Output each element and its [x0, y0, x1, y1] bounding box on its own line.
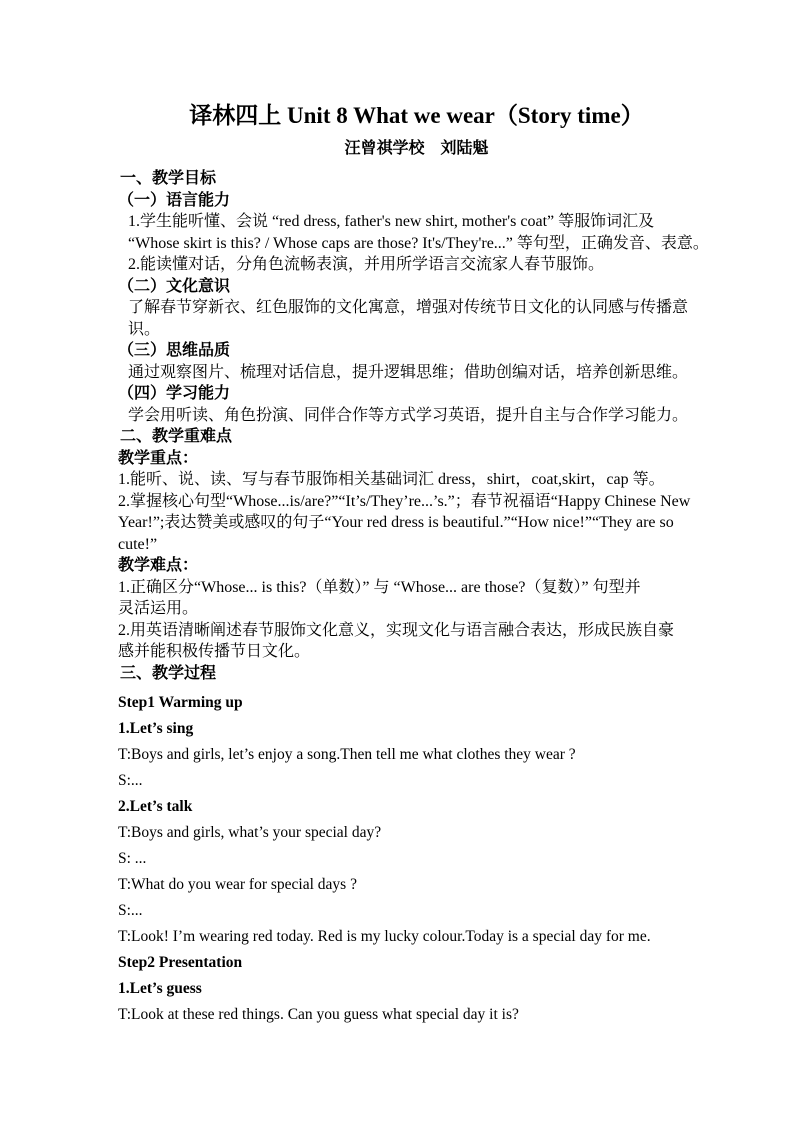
doc-line: T:Look! I’m wearing red today. Red is my… — [118, 924, 715, 950]
doc-line: Step2 Presentation — [118, 950, 715, 976]
doc-line: 教学难点： — [118, 555, 715, 577]
doc-line: T:What do you wear for special days ? — [118, 872, 715, 898]
doc-line: 2.掌握核心句型“Whose...is/are?”“It’s/They’re..… — [118, 491, 715, 513]
doc-line: 1.Let’s sing — [118, 716, 715, 742]
doc-line: T:Boys and girls, let’s enjoy a song.The… — [118, 742, 715, 768]
doc-line: 灵活运用。 — [118, 598, 715, 620]
doc-line: T:Boys and girls, what’s your special da… — [118, 820, 715, 846]
doc-line: 1.Let’s guess — [118, 976, 715, 1002]
page-subtitle: 汪曾祺学校 刘陆魁 — [118, 139, 715, 159]
doc-line: 2.用英语清晰阐述春节服饰文化意义，实现文化与语言融合表达，形成民族自豪 — [118, 620, 715, 642]
doc-line: 1.能听、说、读、写与春节服饰相关基础词汇 dress，shirt，coat,s… — [118, 469, 715, 491]
doc-line: S:... — [118, 768, 715, 794]
doc-line: 1.正确区分“Whose... is this?（单数）” 与 “Whose..… — [118, 577, 715, 599]
doc-line: cute!” — [118, 534, 715, 556]
doc-line: 感并能积极传播节日文化。 — [118, 641, 715, 663]
doc-line: 2.能读懂对话，分角色流畅表演，并用所学语言交流家人春节服饰。 — [118, 254, 715, 276]
doc-line: 了解春节穿新衣、红色服饰的文化寓意，增强对传统节日文化的认同感与传播意 — [118, 297, 715, 319]
doc-line: 一、教学目标 — [118, 168, 715, 190]
document-page: 译林四上 Unit 8 What we wear（Story time） 汪曾祺… — [0, 0, 793, 1122]
doc-line: （四）学习能力 — [118, 383, 715, 405]
doc-line: 教学重点： — [118, 448, 715, 470]
doc-line: 三、教学过程 — [118, 663, 715, 685]
doc-line: Year!”;表达赞美或感叹的句子“Your red dress is beau… — [118, 512, 715, 534]
doc-line: 学会用听读、角色扮演、同伴合作等方式学习英语，提升自主与合作学习能力。 — [118, 405, 715, 427]
doc-line: （三）思维品质 — [118, 340, 715, 362]
doc-line: 1.学生能听懂、会说 “red dress, father's new shir… — [118, 211, 715, 233]
doc-line: （一）语言能力 — [118, 190, 715, 212]
doc-line: “Whose skirt is this? / Whose caps are t… — [118, 233, 715, 255]
doc-line: S:... — [118, 898, 715, 924]
doc-line: 二、教学重难点 — [118, 426, 715, 448]
doc-line: 通过观察图片、梳理对话信息，提升逻辑思维；借助创编对话，培养创新思维。 — [118, 362, 715, 384]
page-title: 译林四上 Unit 8 What we wear（Story time） — [118, 101, 715, 131]
doc-line: 识。 — [118, 319, 715, 341]
document-content: 译林四上 Unit 8 What we wear（Story time） 汪曾祺… — [0, 0, 793, 1028]
doc-line: 2.Let’s talk — [118, 794, 715, 820]
doc-line: Step1 Warming up — [118, 690, 715, 716]
doc-line: S: ... — [118, 846, 715, 872]
teaching-plan-body: 一、教学目标（一）语言能力1.学生能听懂、会说 “red dress, fath… — [118, 168, 715, 684]
doc-line: （二）文化意识 — [118, 276, 715, 298]
teaching-procedure-body: Step1 Warming up1.Let’s singT:Boys and g… — [118, 690, 715, 1028]
doc-line: T:Look at these red things. Can you gues… — [118, 1002, 715, 1028]
